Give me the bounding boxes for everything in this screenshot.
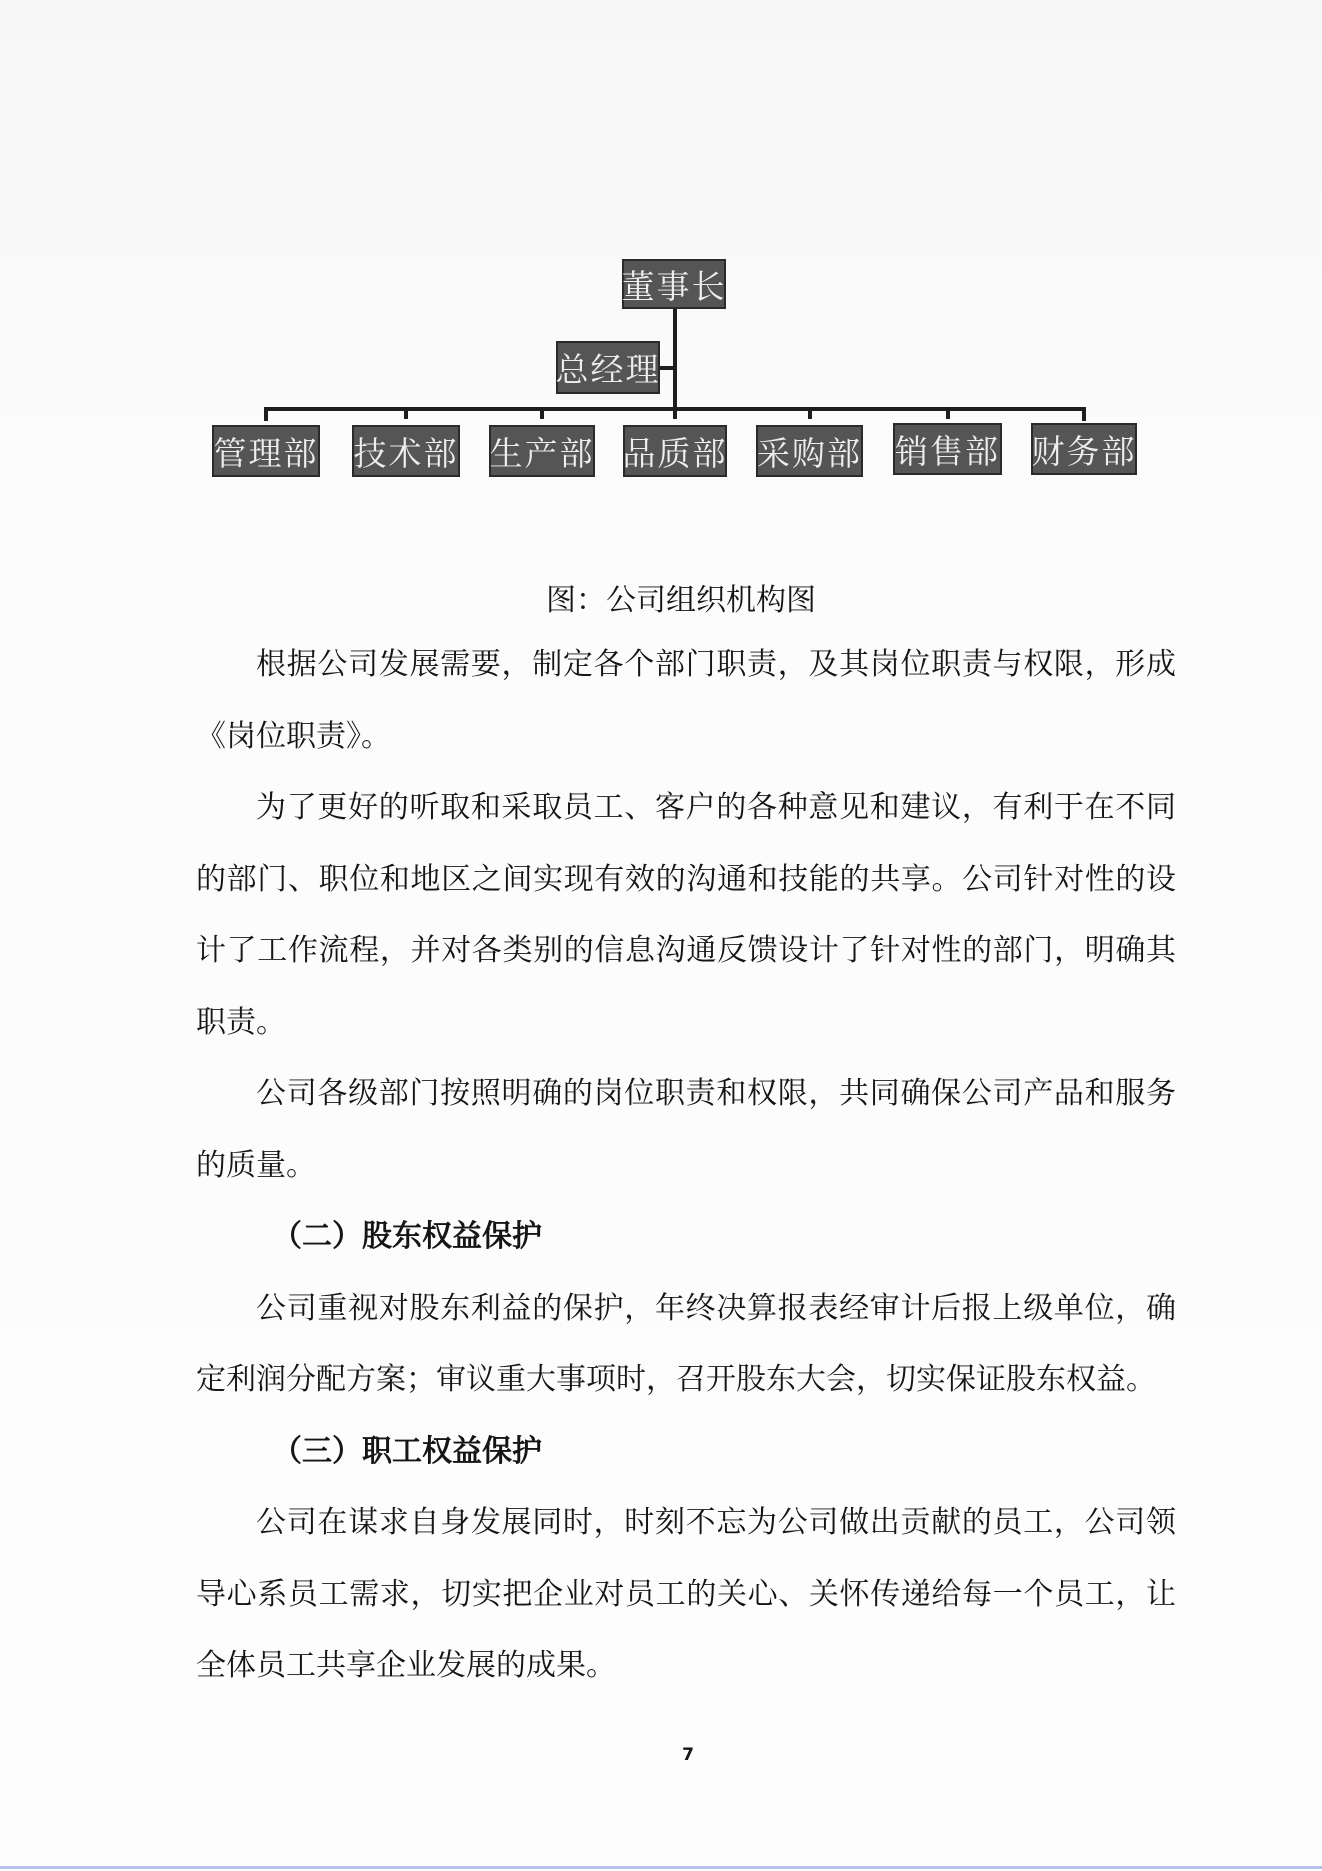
org-connector-tick	[264, 407, 268, 421]
org-chart: 董事长 总经理 管理部 技术部 生产部 品质部 采购部 销售部 财务部	[0, 0, 1322, 500]
paragraph: 公司在谋求自身发展同时，时刻不忘为公司做出贡献的员工，公司领导心系员工需求，切实…	[196, 1487, 1176, 1702]
paragraph: 公司重视对股东利益的保护，年终决算报表经审计后报上级单位，确定利润分配方案；审议…	[196, 1273, 1176, 1416]
org-node-department: 财务部	[1031, 423, 1137, 475]
org-node-department: 品质部	[623, 425, 727, 477]
org-node-department: 管理部	[212, 425, 320, 477]
org-node-department: 生产部	[489, 425, 595, 477]
section-heading: （二）股东权益保护	[196, 1201, 1176, 1273]
document-page: 董事长 总经理 管理部 技术部 生产部 品质部 采购部 销售部 财务部 图：公司…	[0, 0, 1322, 1871]
org-node-chairman: 董事长	[622, 259, 726, 309]
page-number: 7	[0, 1745, 1322, 1765]
org-connector-gm-tick	[660, 366, 674, 370]
org-connector-tick	[673, 407, 677, 419]
org-connector-tick	[946, 407, 950, 419]
org-connector-tick	[1082, 407, 1086, 421]
paragraph: 为了更好的听取和采取员工、客户的各种意见和建议，有利于在不同的部门、职位和地区之…	[196, 772, 1176, 1058]
paragraph: 根据公司发展需要，制定各个部门职责，及其岗位职责与权限，形成《岗位职责》。	[196, 629, 1176, 772]
figure-caption: 图：公司组织机构图	[0, 575, 1322, 619]
org-connector-tick	[540, 407, 544, 419]
section-heading: （三）职工权益保护	[196, 1416, 1176, 1488]
org-node-department: 采购部	[756, 425, 863, 477]
org-node-general-manager: 总经理	[556, 341, 660, 394]
paragraph: 公司各级部门按照明确的岗位职责和权限，共同确保公司产品和服务的质量。	[196, 1058, 1176, 1201]
body-text: 根据公司发展需要，制定各个部门职责，及其岗位职责与权限，形成《岗位职责》。 为了…	[196, 629, 1176, 1702]
org-node-department: 技术部	[352, 425, 460, 477]
org-connector-vertical	[673, 309, 677, 411]
org-connector-tick	[808, 407, 812, 419]
org-node-department: 销售部	[893, 423, 1002, 475]
org-connector-tick	[404, 407, 408, 419]
page-bottom-edge	[0, 1866, 1322, 1869]
